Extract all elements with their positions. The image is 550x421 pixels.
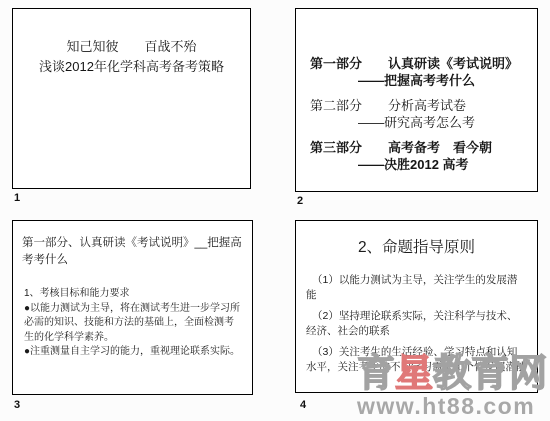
slide3-heading: 第一部分、认真研读《考试说明》__把握高考考什么 xyxy=(22,235,242,269)
slide1-title-line2: 浅谈2012年化学科高考备考策略 xyxy=(13,57,250,77)
watermark-url: www.ht88.com xyxy=(357,395,547,418)
slide3-body-block: 1、考核目标和能力要求 ●以能力测试为主导，将在测试考生进一步学习所必需的知识、… xyxy=(24,287,242,360)
slide-number-2: 2 xyxy=(297,195,303,207)
slide-thumbnail-3[interactable]: 第一部分、认真研读《考试说明》__把握高考考什么 1、考核目标和能力要求 ●以能… xyxy=(12,220,253,395)
slide4-item-3: （3）关注考生的生活经验、学习特点和认知水平，关注考生的不同学习需求和个性发展潜… xyxy=(306,345,527,375)
slide-number-3: 3 xyxy=(14,399,20,411)
slide2-part1-title: 第一部分 认真研读《考试说明》 xyxy=(310,55,533,72)
slide4-item-1: （1）以能力测试为主导，关注学生的发展潜能 xyxy=(306,273,527,303)
slide2-part2-subtitle: ——研究高考怎么考 xyxy=(358,114,533,131)
slide2-part1-subtitle: ——把握高考考什么 xyxy=(358,72,533,89)
slide2-part3-subtitle: ——决胜2012 高考 xyxy=(358,156,533,173)
slide2-outline-block: 第一部分 认真研读《考试说明》 ——把握高考考什么 第二部分 分析高考试卷 ——… xyxy=(296,9,537,173)
slide1-title-line1: 知己知彼 百战不殆 xyxy=(13,37,250,57)
slide3-body-line1: 1、考核目标和能力要求 xyxy=(24,287,242,302)
slide4-items-block: （1）以能力测试为主导，关注学生的发展潜能 （2）坚持理论联系实际，关注科学与技… xyxy=(306,273,527,375)
slide2-part2-title: 第二部分 分析高考试卷 xyxy=(310,97,533,114)
slide3-body-bullet1: ●以能力测试为主导，将在测试考生进一步学习所必需的知识、技能和方法的基础上，全面… xyxy=(24,302,242,346)
slide-thumbnail-4[interactable]: 2、命题指导原则 （1）以能力测试为主导，关注学生的发展潜能 （2）坚持理论联系… xyxy=(295,220,538,393)
slide-thumbnail-1[interactable]: 知己知彼 百战不殆 浅谈2012年化学科高考备考策略 xyxy=(12,8,251,189)
slide3-body-bullet2: ●注重测量自主学习的能力，重视理论联系实际。 xyxy=(24,345,242,360)
slide2-part3-title: 第三部分 高考备考 看今朝 xyxy=(310,139,533,156)
slide1-title-block: 知己知彼 百战不殆 浅谈2012年化学科高考备考策略 xyxy=(13,9,250,77)
slide4-item-2: （2）坚持理论联系实际，关注科学与技术、经济、社会的联系 xyxy=(306,309,527,339)
slide-number-1: 1 xyxy=(14,192,20,204)
slide-thumbnail-2[interactable]: 第一部分 认真研读《考试说明》 ——把握高考考什么 第二部分 分析高考试卷 ——… xyxy=(295,8,538,192)
handout-preview-page: 知己知彼 百战不殆 浅谈2012年化学科高考备考策略 1 第一部分 认真研读《考… xyxy=(0,0,550,421)
slide4-title: 2、命题指导原则 xyxy=(296,235,537,257)
slide-number-4: 4 xyxy=(300,399,306,411)
